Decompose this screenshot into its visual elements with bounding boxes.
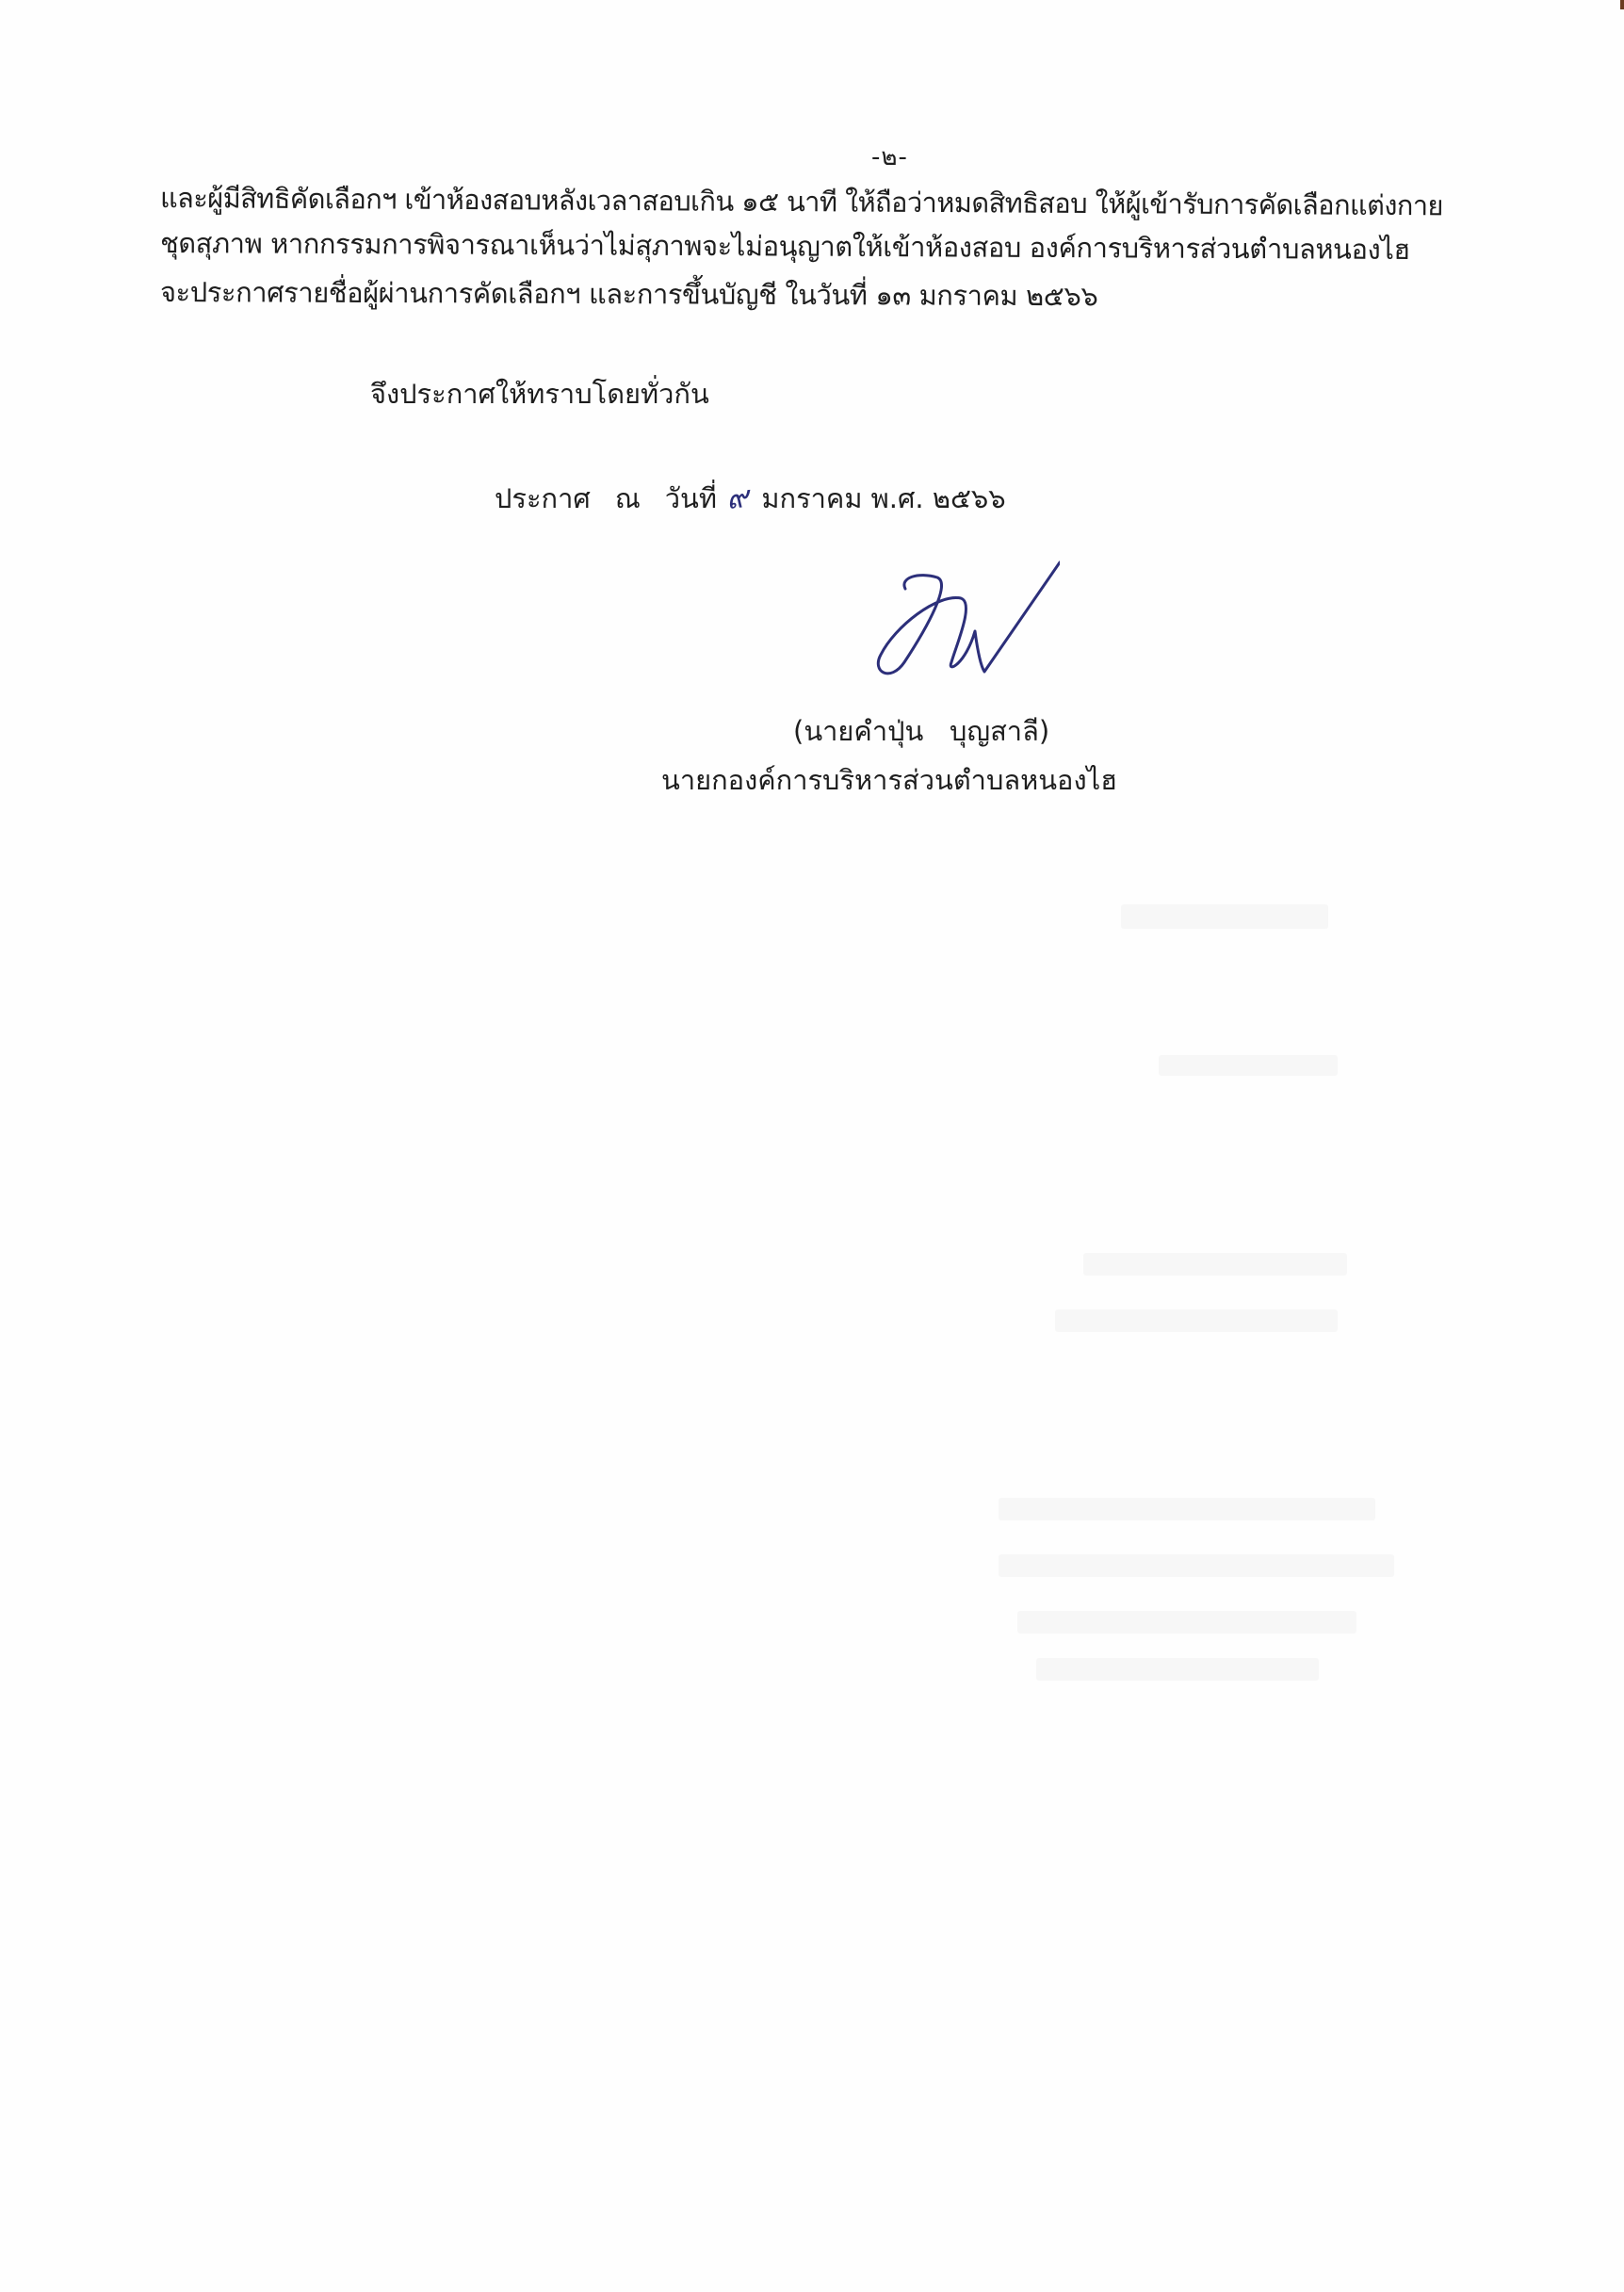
handwritten-day: ๙ — [723, 473, 751, 523]
date-day-label: วันที่ — [665, 477, 717, 520]
signer-title: นายกองค์การบริหารส่วนตำบลหนองไฮ — [661, 758, 1117, 802]
signer-name: (นายคำปุ่น บุญสาลี) — [793, 709, 1049, 753]
signature-icon — [871, 551, 1060, 683]
bleed-through-mark — [1159, 1055, 1338, 1076]
date-prefix: ประกาศ — [495, 477, 591, 520]
bleed-through-mark — [1121, 904, 1328, 929]
closing-statement: จึงประกาศให้ทราบโดยทั่วกัน — [370, 381, 709, 408]
scan-edge-mark — [1620, 0, 1624, 9]
announcement-date: ประกาศ ณ วันที่ ๙ มกราคม พ.ศ. ๒๕๖๖ — [495, 474, 1006, 522]
bleed-through-mark — [999, 1554, 1394, 1577]
date-at: ณ — [615, 477, 641, 520]
bleed-through-mark — [1017, 1611, 1356, 1634]
body-line-3: จะประกาศรายชื่อผู้ผ่านการคัดเลือกฯ และกา… — [160, 279, 1098, 310]
body-line-2: ชุดสุภาพ หากกรรมการพิจารณาเห็นว่าไม่สุภา… — [160, 230, 1410, 264]
body-line-1: และผู้มีสิทธิคัดเลือกฯ เข้าห้องสอบหลังเว… — [160, 185, 1443, 219]
bleed-through-mark — [999, 1498, 1375, 1520]
bleed-through-mark — [1036, 1658, 1319, 1681]
date-month-year: มกราคม พ.ศ. ๒๕๖๖ — [761, 477, 1005, 520]
bleed-through-mark — [1083, 1253, 1347, 1276]
document-page: -๒- และผู้มีสิทธิคัดเลือกฯ เข้าห้องสอบหล… — [0, 0, 1624, 2292]
page-number: -๒- — [871, 138, 908, 176]
bleed-through-mark — [1055, 1309, 1338, 1332]
